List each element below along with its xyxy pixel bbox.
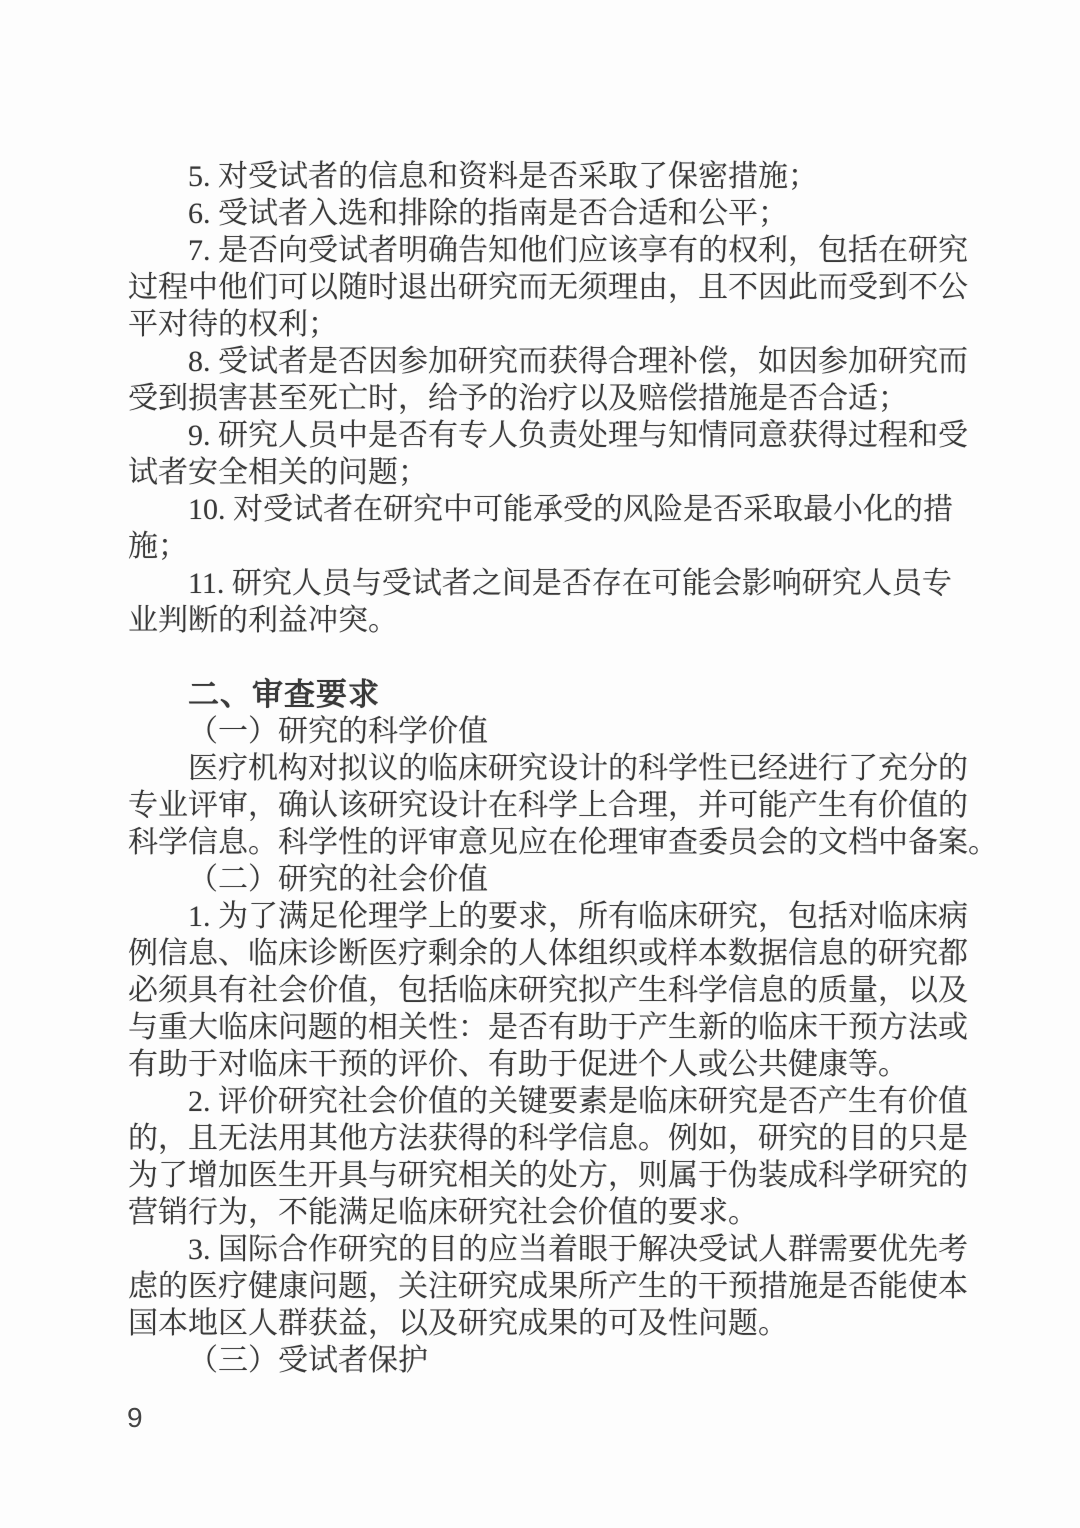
list-item-10: 10. 对受试者在研究中可能承受的风险是否采取最小化的措 (128, 491, 974, 528)
list-item-8: 8. 受试者是否因参加研究而获得合理补偿，如因参加研究而 (128, 343, 974, 380)
list-item-11-cont: 业判断的利益冲突。 (128, 602, 974, 639)
subsection-1-heading: （一）研究的科学价值 (128, 713, 974, 750)
list-item-9: 9. 研究人员中是否有专人负责处理与知情同意获得过程和受 (128, 417, 974, 454)
document-text-block: 5. 对受试者的信息和资料是否采取了保密措施； 6. 受试者入选和排除的指南是否… (128, 158, 974, 1379)
social-value-item-1-cont-1: 例信息、临床诊断医疗剩余的人体组织或样本数据信息的研究都 (128, 935, 974, 972)
list-item-7-cont-2: 平对待的权利； (128, 306, 974, 343)
document-page: 5. 对受试者的信息和资料是否采取了保密措施； 6. 受试者入选和排除的指南是否… (0, 0, 1080, 1528)
social-value-item-1-cont-3: 与重大临床问题的相关性：是否有助于产生新的临床干预方法或 (128, 1009, 974, 1046)
section-heading-review-requirements: 二、审查要求 (128, 676, 974, 713)
social-value-item-3-cont-2: 国本地区人群获益，以及研究成果的可及性问题。 (128, 1305, 974, 1342)
list-item-9-cont: 试者安全相关的问题； (128, 454, 974, 491)
social-value-item-2-cont-3: 营销行为，不能满足临床研究社会价值的要求。 (128, 1194, 974, 1231)
social-value-item-3-cont-1: 虑的医疗健康问题，关注研究成果所产生的干预措施是否能使本 (128, 1268, 974, 1305)
social-value-item-2: 2. 评价研究社会价值的关键要素是临床研究是否产生有价值 (128, 1083, 974, 1120)
social-value-item-1-cont-4: 有助于对临床干预的评价、有助于促进个人或公共健康等。 (128, 1046, 974, 1083)
list-item-11: 11. 研究人员与受试者之间是否存在可能会影响研究人员专 (128, 565, 974, 602)
subsection-3-heading: （三）受试者保护 (128, 1342, 974, 1379)
social-value-item-3: 3. 国际合作研究的目的应当着眼于解决受试人群需要优先考 (128, 1231, 974, 1268)
paragraph-scientific-value-line-2: 专业评审，确认该研究设计在科学上合理，并可能产生有价值的 (128, 787, 974, 824)
social-value-item-2-cont-1: 的，且无法用其他方法获得的科学信息。例如，研究的目的只是 (128, 1120, 974, 1157)
list-item-10-cont: 施； (128, 528, 974, 565)
social-value-item-1: 1. 为了满足伦理学上的要求，所有临床研究，包括对临床病 (128, 898, 974, 935)
paragraph-scientific-value-line-1: 医疗机构对拟议的临床研究设计的科学性已经进行了充分的 (128, 750, 974, 787)
list-item-6: 6. 受试者入选和排除的指南是否合适和公平； (128, 195, 974, 232)
list-item-7: 7. 是否向受试者明确告知他们应该享有的权利，包括在研究 (128, 232, 974, 269)
paragraph-scientific-value-line-3: 科学信息。科学性的评审意见应在伦理审查委员会的文档中备案。 (128, 824, 974, 861)
page-number: 9 (127, 1402, 143, 1434)
subsection-2-heading: （二）研究的社会价值 (128, 861, 974, 898)
list-item-8-cont: 受到损害甚至死亡时，给予的治疗以及赔偿措施是否合适； (128, 380, 974, 417)
social-value-item-1-cont-2: 必须具有社会价值，包括临床研究拟产生科学信息的质量，以及 (128, 972, 974, 1009)
list-item-7-cont-1: 过程中他们可以随时退出研究而无须理由，且不因此而受到不公 (128, 269, 974, 306)
social-value-item-2-cont-2: 为了增加医生开具与研究相关的处方，则属于伪装成科学研究的 (128, 1157, 974, 1194)
list-item-5: 5. 对受试者的信息和资料是否采取了保密措施； (128, 158, 974, 195)
